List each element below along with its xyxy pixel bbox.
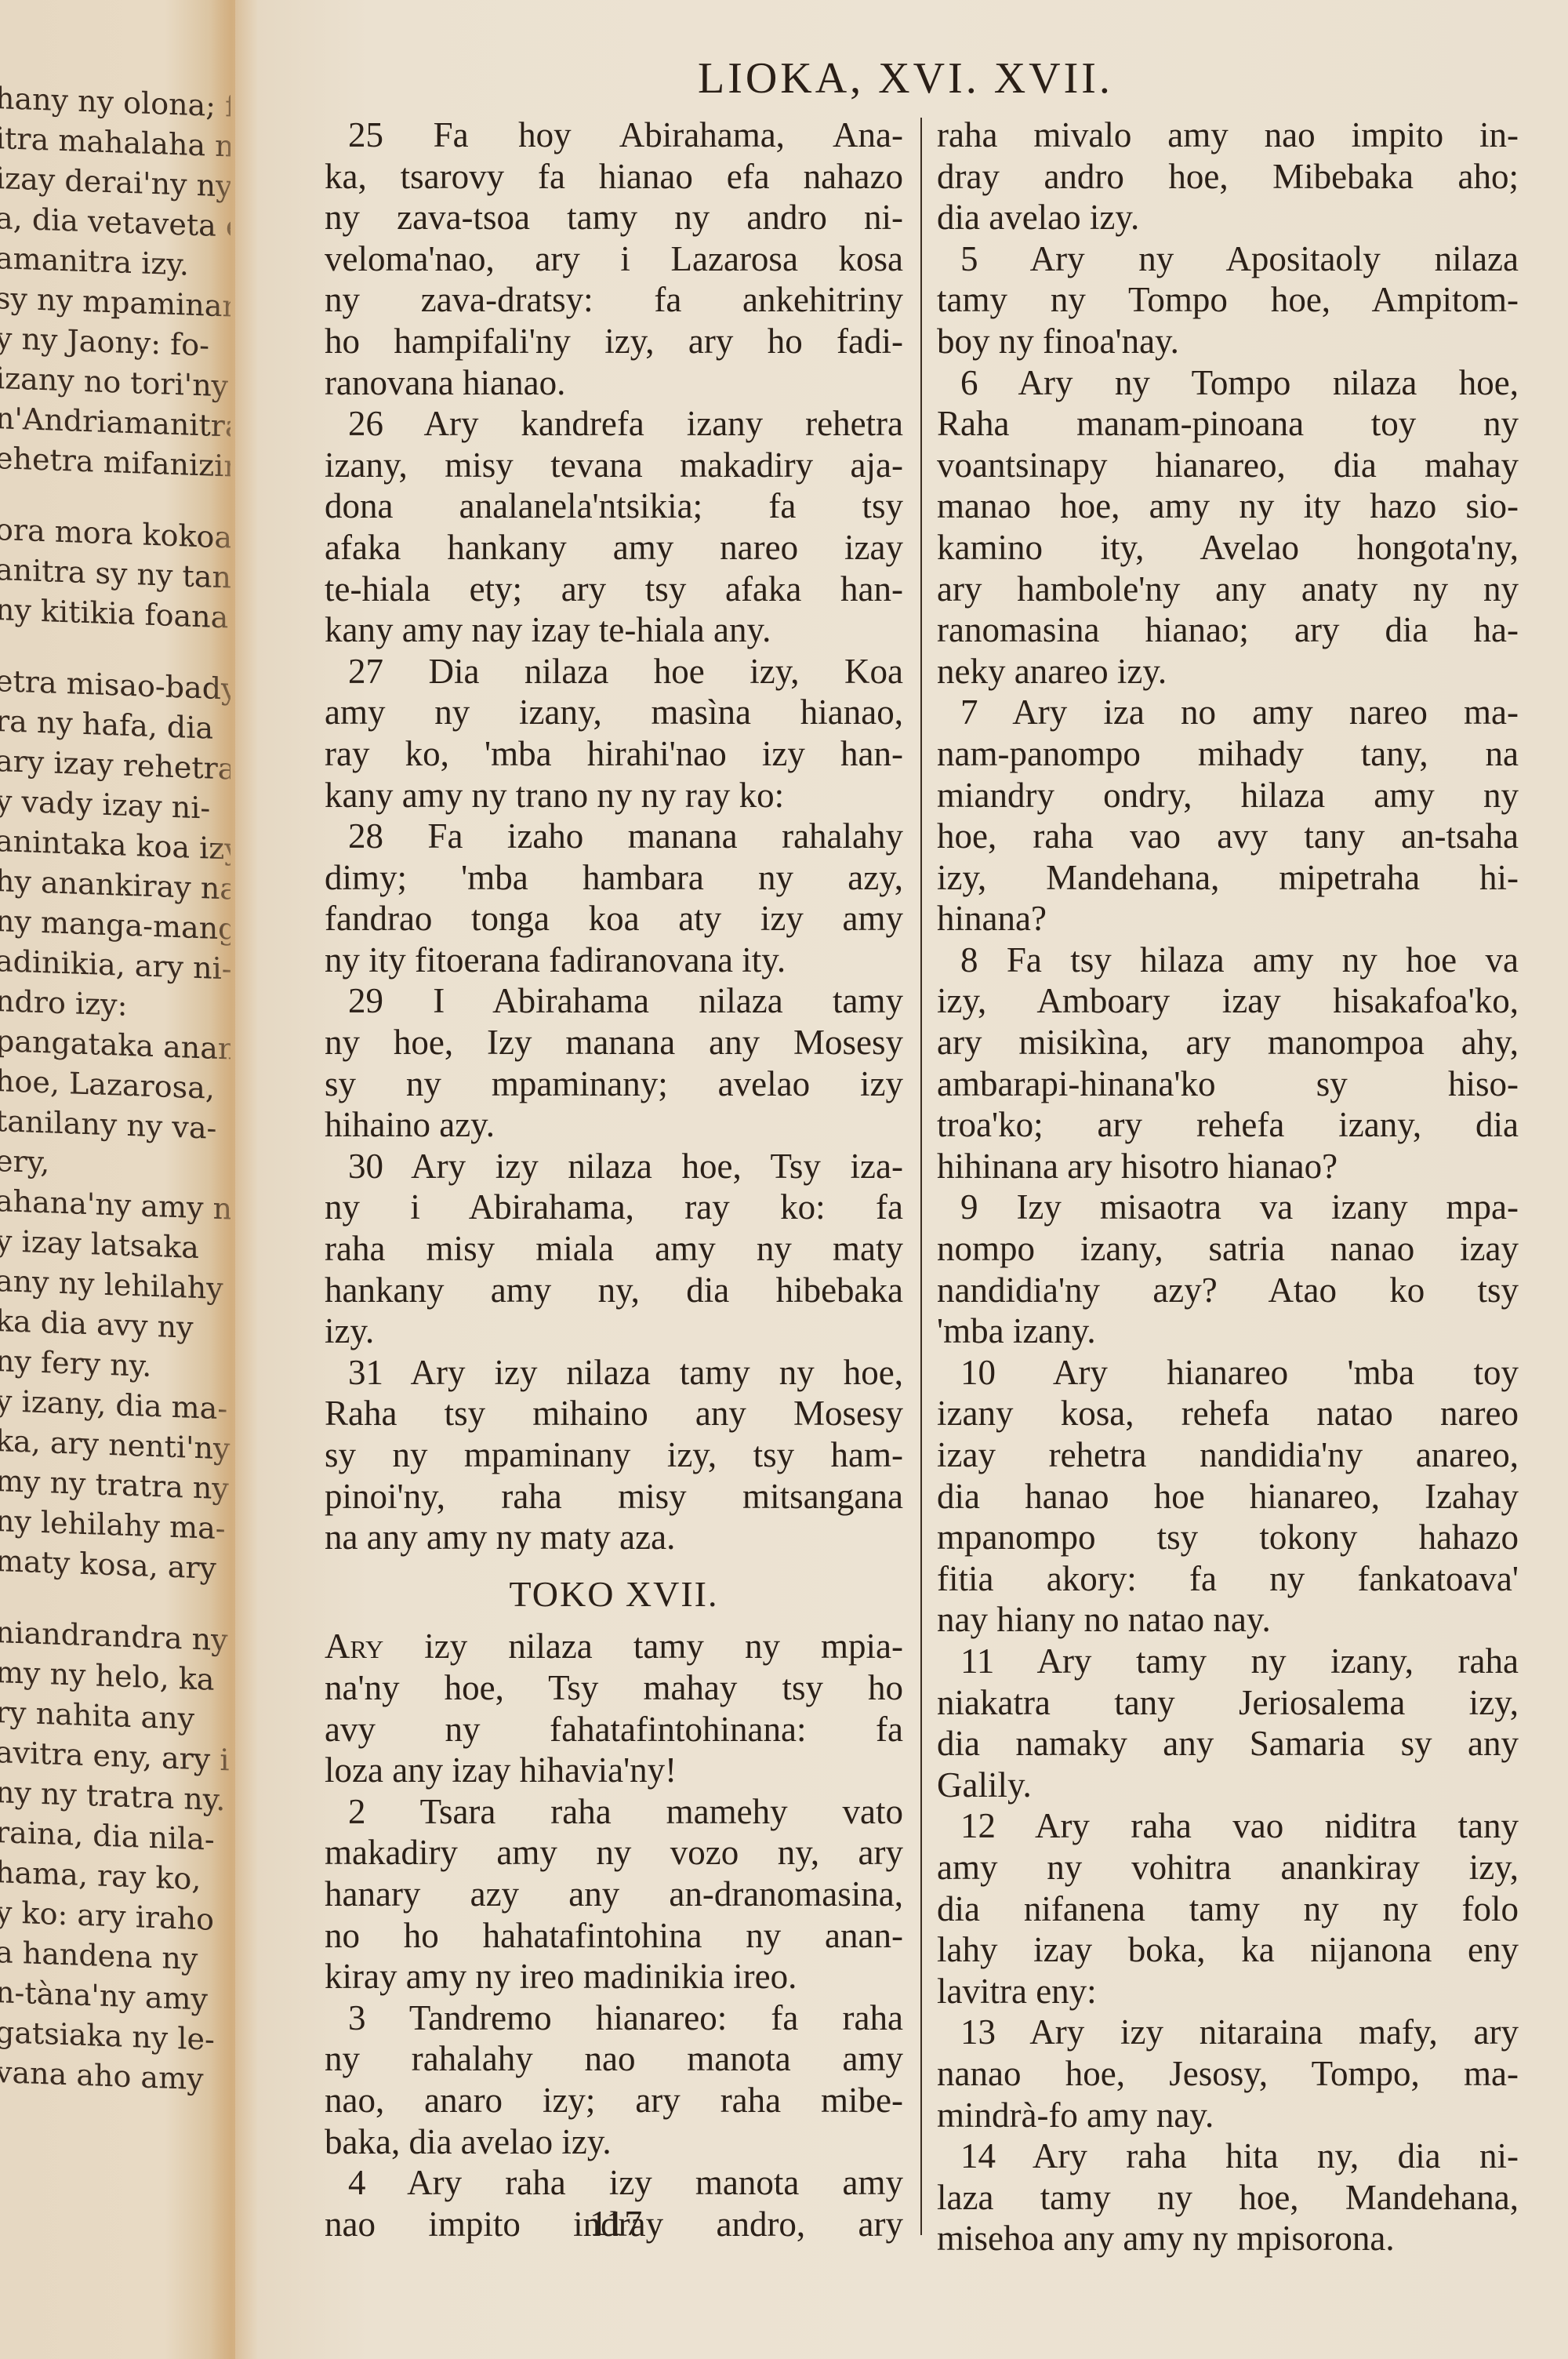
- text-line: Ary izy nilaza tamy ny mpia-: [325, 1626, 903, 1667]
- text-line: nay hiany no natao nay.: [937, 1599, 1519, 1641]
- text-line: izany kosa, rehefa natao nareo: [937, 1393, 1519, 1434]
- prev-page-line: maty kosa, ary: [0, 1541, 230, 1589]
- text-line: izy, Amboary izay hisakafoa'ko,: [937, 980, 1519, 1022]
- text-line: nompo izany, satria nanao izay: [937, 1228, 1519, 1270]
- text-line: 4 Ary raha izy manota amy: [325, 2162, 903, 2204]
- text-line: hanary azy any an-dranomasina,: [325, 1874, 903, 1915]
- text-line: kiray amy ny ireo madinikia ireo.: [325, 1956, 903, 1997]
- text-line: 12 Ary raha vao niditra tany: [937, 1805, 1519, 1847]
- text-line: ny hoe, Izy manana any Mosesy: [325, 1022, 903, 1063]
- text-line: ary hambole'ny any anaty ny ny: [937, 569, 1519, 610]
- chapter-heading: TOKO XVII.: [325, 1574, 903, 1616]
- text-line: sy ny mpaminany izy, tsy ham-: [325, 1434, 903, 1476]
- text-line: dia avelao izy.: [937, 197, 1519, 238]
- text-line: loza any izay hihavia'ny!: [325, 1750, 903, 1791]
- text-line: 14 Ary raha hita ny, dia ni-: [937, 2135, 1519, 2177]
- text-line: dray andro hoe, Mibebaka aho;: [937, 156, 1519, 198]
- text-line: ny rahalahy nao manota amy: [325, 2038, 903, 2080]
- text-line: izay rehetra nandidia'ny anareo,: [937, 1434, 1519, 1476]
- text-line: 11 Ary tamy ny izany, raha: [937, 1641, 1519, 1682]
- text-line: nandidia'ny azy? Atao ko tsy: [937, 1270, 1519, 1311]
- text-line: afaka hankany amy nareo izay: [325, 527, 903, 569]
- text-line: sy ny mpaminany; avelao izy: [325, 1063, 903, 1105]
- page-number: 117: [590, 2202, 642, 2244]
- book-gutter-shadow: [210, 0, 257, 2359]
- text-line: izy, Mandehana, mipetraha hi-: [937, 857, 1519, 899]
- text-line: 3 Tandremo hianareo: fa raha: [325, 1997, 903, 2039]
- text-line: dia namaky any Samaria sy any: [937, 1723, 1519, 1765]
- text-line: na any amy ny maty aza.: [325, 1517, 903, 1558]
- text-line: tamy ny Tompo hoe, Ampitom-: [937, 279, 1519, 321]
- text-line: troa'ko; ary rehefa izany, dia: [937, 1104, 1519, 1146]
- text-line: nam-panompo mihady tany, na: [937, 733, 1519, 775]
- prev-page-line: ny kitikia foana: [0, 590, 230, 638]
- text-line: 10 Ary hianareo 'mba toy: [937, 1352, 1519, 1394]
- text-line: Raha tsy mihaino any Mosesy: [325, 1393, 903, 1434]
- text-line: misehoa any amy ny mpisorona.: [937, 2218, 1519, 2259]
- text-line: 2 Tsara raha mamehy vato: [325, 1791, 903, 1833]
- prev-page-line: ehetra mifanizina: [0, 438, 230, 486]
- current-page: LIOKA, XVI. XVII. 25 Fa hoy Abirahama, A…: [235, 0, 1568, 2359]
- text-line: ka, tsarovy fa hianao efa nahazo: [325, 156, 903, 198]
- text-line: 'mba izany.: [937, 1310, 1519, 1352]
- text-line: lavitra eny:: [937, 1971, 1519, 2012]
- text-line: 7 Ary iza no amy nareo ma-: [937, 692, 1519, 733]
- right-column: raha mivalo amy nao impito in-dray andro…: [937, 114, 1519, 2259]
- text-line: kany amy nay izay te-hiala any.: [325, 609, 903, 651]
- text-line: laza tamy ny hoe, Mandehana,: [937, 2177, 1519, 2219]
- text-line: 13 Ary izy nitaraina mafy, ary: [937, 2012, 1519, 2053]
- text-line: hankany amy ny, dia hibebaka: [325, 1270, 903, 1311]
- text-line: fitia akory: fa ny fankatoava': [937, 1558, 1519, 1600]
- text-line: voantsinapy hianareo, dia mahay: [937, 445, 1519, 486]
- text-line: pinoi'ny, raha misy mitsangana: [325, 1476, 903, 1518]
- column-divider: [920, 118, 922, 2235]
- text-line: dia nifanena tamy ny ny folo: [937, 1888, 1519, 1930]
- text-line: ary misikìna, ary manompoa ahy,: [937, 1022, 1519, 1063]
- text-line: hoe, raha vao avy tany an-tsaha: [937, 816, 1519, 857]
- text-line: dona analanela'ntsikia; fa tsy: [325, 485, 903, 527]
- text-line: kany amy ny trano ny ny ray ko:: [325, 775, 903, 816]
- text-line: 29 I Abirahama nilaza tamy: [325, 980, 903, 1022]
- text-line: 31 Ary izy nilaza tamy ny hoe,: [325, 1352, 903, 1394]
- text-line: izany, misy tevana makadiry aja-: [325, 445, 903, 486]
- book-spread: hany ny olona; faitra mahalaha nyizay de…: [0, 0, 1568, 2359]
- text-line: hinana?: [937, 898, 1519, 940]
- text-line: 8 Fa tsy hilaza amy ny hoe va: [937, 940, 1519, 981]
- text-line: ambarapi-hinana'ko sy hiso-: [937, 1063, 1519, 1105]
- text-line: raha mivalo amy nao impito in-: [937, 114, 1519, 156]
- text-line: na'ny hoe, Tsy mahay tsy ho: [325, 1667, 903, 1709]
- text-line: ny i Abirahama, ray ko: fa: [325, 1187, 903, 1228]
- text-line: ray ko, 'mba hirahi'nao izy han-: [325, 733, 903, 775]
- text-line: 6 Ary ny Tompo nilaza hoe,: [937, 362, 1519, 404]
- text-line: raha misy miala amy ny maty: [325, 1228, 903, 1270]
- text-line: avy ny fahatafintohinana: fa: [325, 1709, 903, 1750]
- text-line: dimy; 'mba hambara ny azy,: [325, 857, 903, 899]
- previous-page-text: hany ny olona; faitra mahalaha nyizay de…: [0, 78, 230, 2100]
- text-line: 28 Fa izaho manana rahalahy: [325, 816, 903, 857]
- text-line: 26 Ary kandrefa izany rehetra: [325, 403, 903, 445]
- text-line: Raha manam-pinoana toy ny: [937, 403, 1519, 445]
- text-line: baka, dia avelao izy.: [325, 2121, 903, 2163]
- text-line: nao, anaro izy; ary raha mibe-: [325, 2080, 903, 2121]
- text-line: 30 Ary izy nilaza hoe, Tsy iza-: [325, 1146, 903, 1187]
- text-line: amy ny vohitra anankiray izy,: [937, 1847, 1519, 1888]
- text-line: veloma'nao, ary i Lazarosa kosa: [325, 238, 903, 280]
- text-line: boy ny finoa'nay.: [937, 321, 1519, 362]
- text-line: miandry ondry, hilaza amy ny: [937, 775, 1519, 816]
- text-line: hihinana ary hisotro hianao?: [937, 1146, 1519, 1187]
- text-line: izy.: [325, 1310, 903, 1352]
- text-line: dia hanao hoe hianareo, Izahay: [937, 1476, 1519, 1518]
- text-line: hihaino azy.: [325, 1104, 903, 1146]
- text-line: nanao hoe, Jesosy, Tompo, ma-: [937, 2053, 1519, 2095]
- text-line: ranovana hianao.: [325, 362, 903, 404]
- prev-page-line: vana aho amy: [0, 2052, 230, 2100]
- text-line: 5 Ary ny Apositaoly nilaza: [937, 238, 1519, 280]
- text-line: 9 Izy misaotra va izany mpa-: [937, 1187, 1519, 1228]
- text-line: niakatra tany Jeriosalema izy,: [937, 1682, 1519, 1724]
- text-line: amy ny izany, masìna hianao,: [325, 692, 903, 733]
- text-line: fandrao tonga koa aty izy amy: [325, 898, 903, 940]
- left-column: 25 Fa hoy Abirahama, Ana-ka, tsarovy fa …: [325, 114, 903, 2245]
- text-line: kamino ity, Avelao hongota'ny,: [937, 527, 1519, 569]
- text-line: 27 Dia nilaza hoe izy, Koa: [325, 651, 903, 692]
- text-line: te-hiala ety; ary tsy afaka han-: [325, 569, 903, 610]
- text-line: 25 Fa hoy Abirahama, Ana-: [325, 114, 903, 156]
- text-line: Galily.: [937, 1765, 1519, 1806]
- text-line: ny zava-tsoa tamy ny andro ni-: [325, 197, 903, 238]
- text-line: makadiry amy ny vozo ny, ary: [325, 1832, 903, 1874]
- small-caps-opening: Ary: [325, 1627, 383, 1666]
- text-line: lahy izay boka, ka nijanona eny: [937, 1929, 1519, 1971]
- running-head: LIOKA, XVI. XVII.: [698, 53, 1113, 104]
- text-line: manao hoe, amy ny ity hazo sio-: [937, 485, 1519, 527]
- text-line: ranomasina hianao; ary dia ha-: [937, 609, 1519, 651]
- previous-page-fragment: hany ny olona; faitra mahalaha nyizay de…: [0, 0, 235, 2359]
- text-line: ny ity fitoerana fadiranovana ity.: [325, 940, 903, 981]
- text-line: ho hampifali'ny izy, ary ho fadi-: [325, 321, 903, 362]
- text-line: neky anareo izy.: [937, 651, 1519, 692]
- text-line: no ho hahatafintohina ny anan-: [325, 1915, 903, 1957]
- text-line: ny zava-dratsy: fa ankehitriny: [325, 279, 903, 321]
- text-line: mpanompo tsy tokony hahazo: [937, 1517, 1519, 1558]
- text-line: mindrà-fo amy nay.: [937, 2095, 1519, 2136]
